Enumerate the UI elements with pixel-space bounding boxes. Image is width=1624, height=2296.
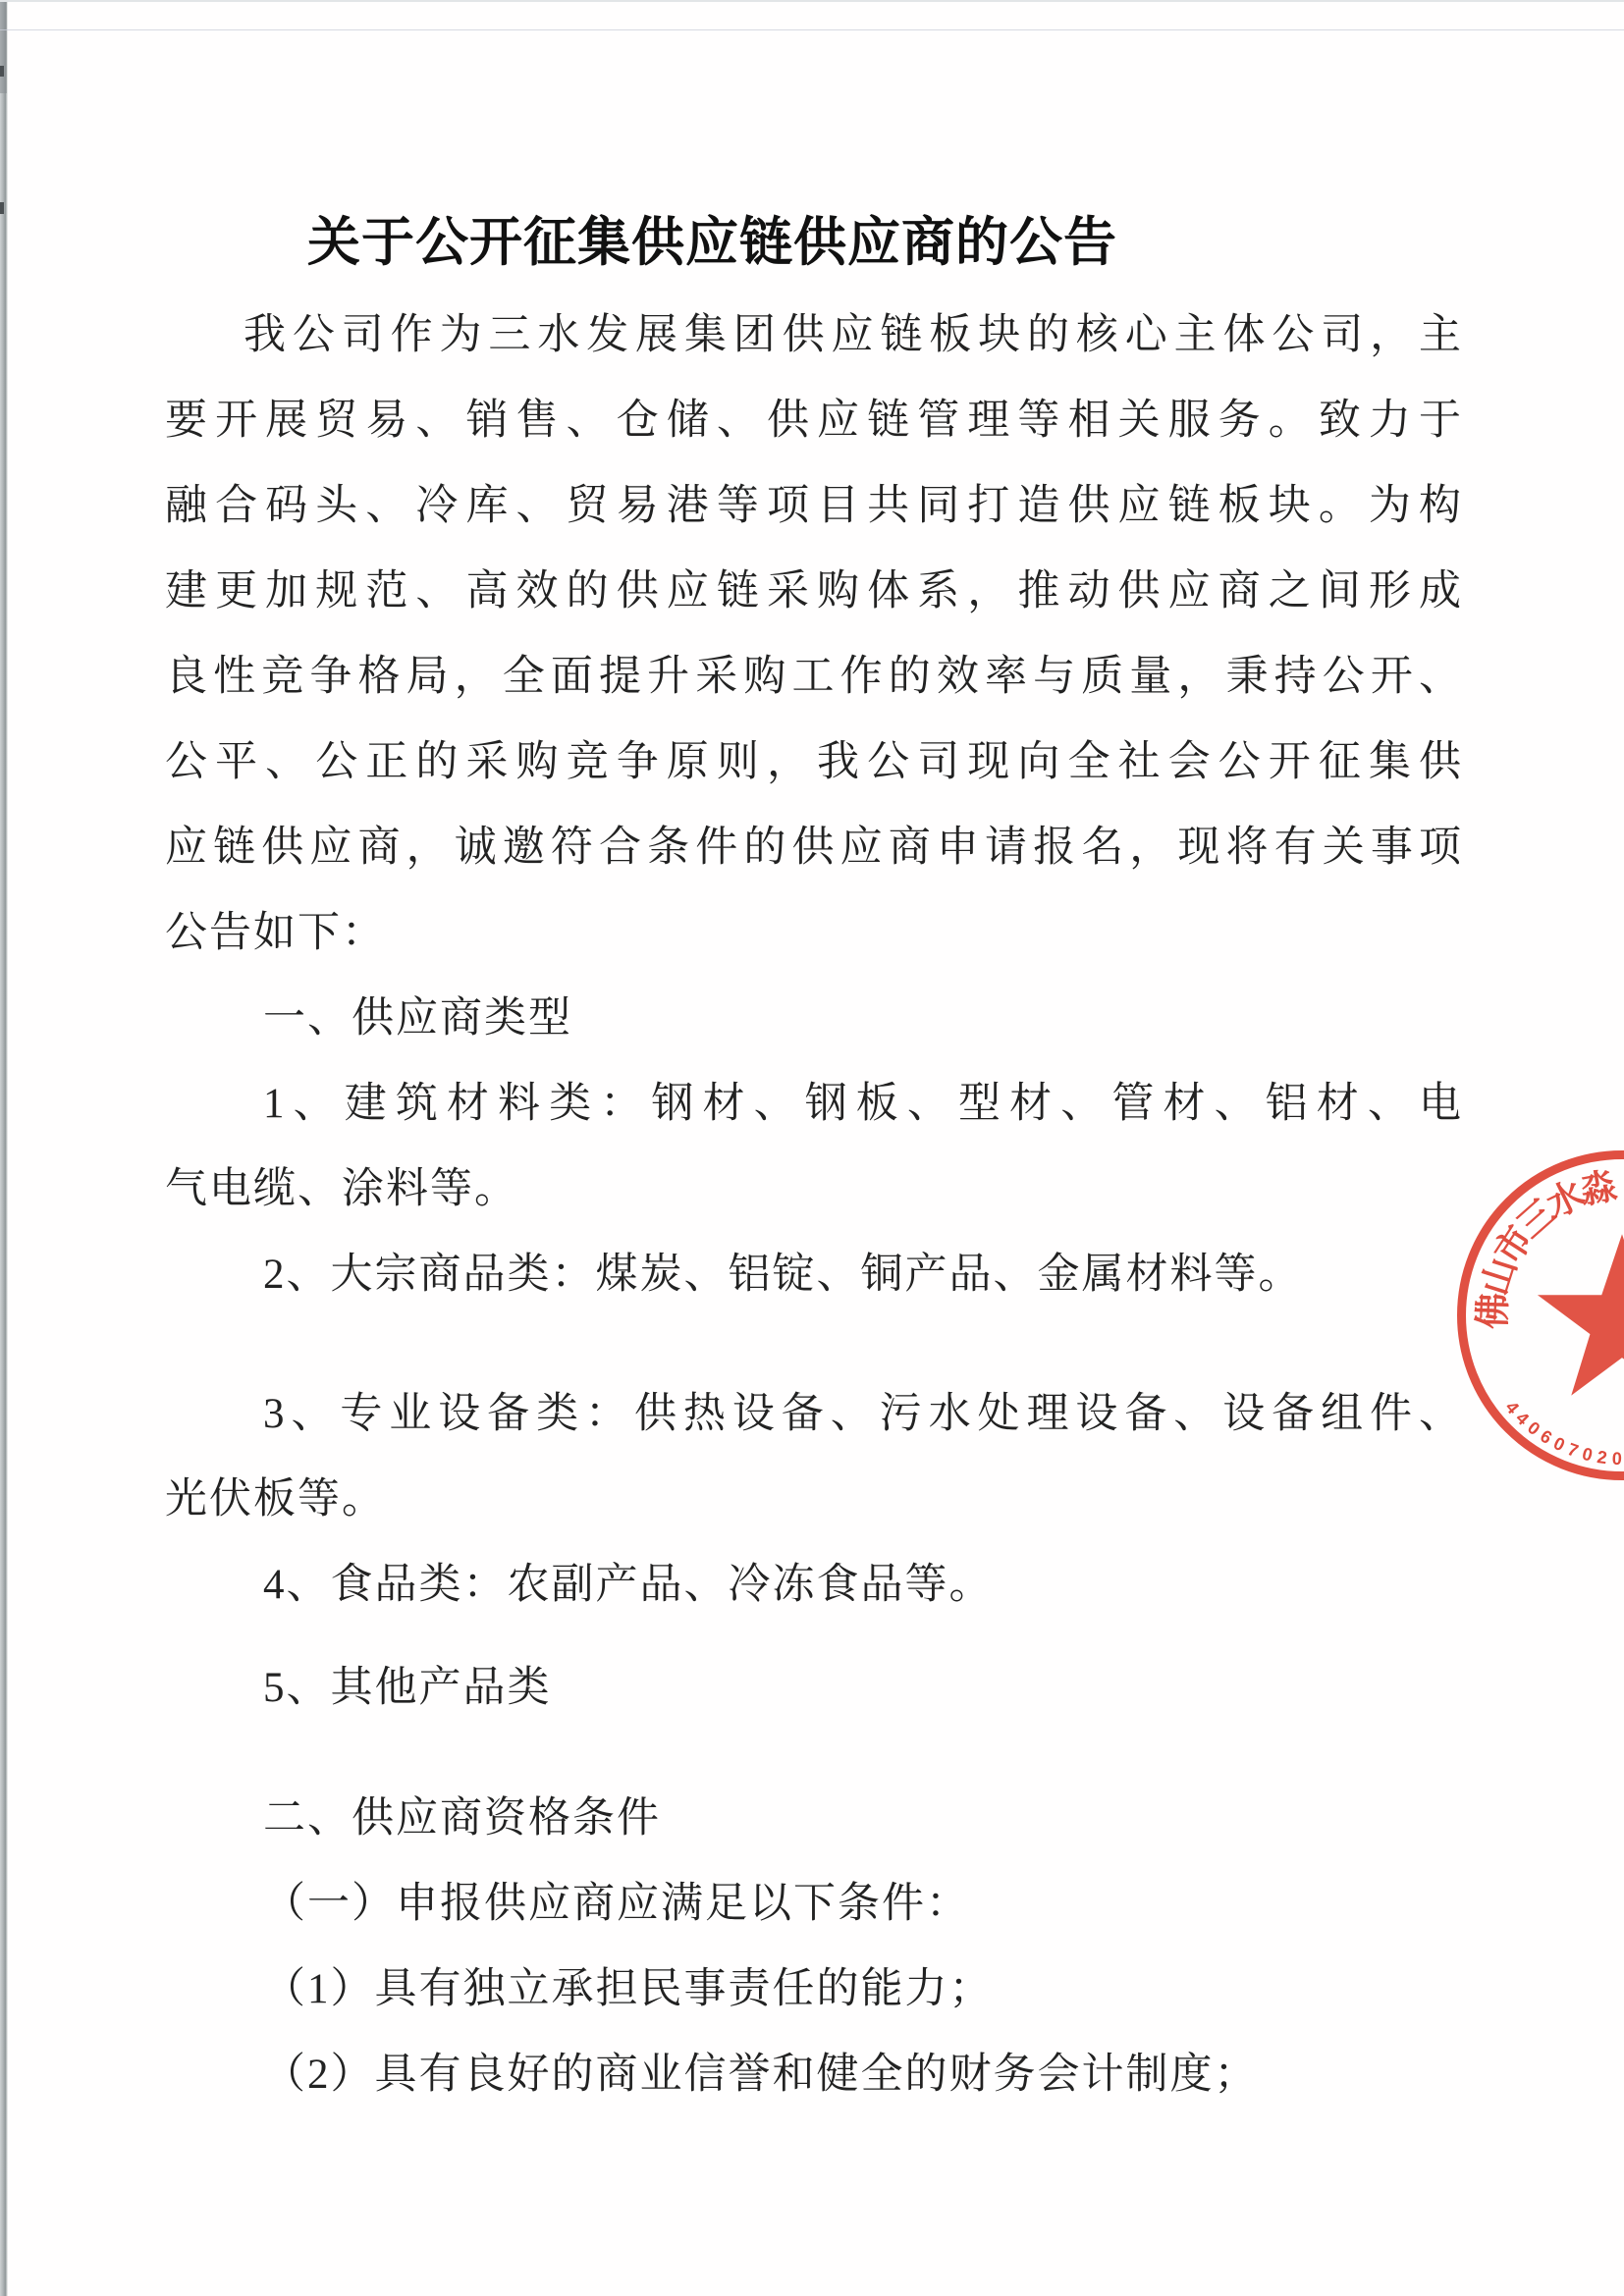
- scan-edge-artifact: [0, 0, 1624, 2]
- text-line: （1）具有独立承担民事责任的能力；: [165, 1947, 1463, 2032]
- text-line: 2、大宗商品类：煤炭、铝锭、铜产品、金属材料等。: [165, 1232, 1463, 1317]
- text-line: 4、食品类：农副产品、冷冻食品等。: [165, 1542, 1463, 1628]
- text-line: 二、供应商资格条件: [165, 1776, 1463, 1861]
- star-icon: [1536, 1229, 1624, 1402]
- scanned-document-page: 关于公开征集供应链供应商的公告 我公司作为三水发展集团供应链板块的核心主体公司，…: [0, 0, 1624, 2296]
- text-line: 建更加规范、高效的供应链采购体系，推动供应商之间形成: [165, 549, 1463, 634]
- scan-edge-artifact: [0, 0, 7, 93]
- text-line: 融合码头、冷库、贸易港等项目共同打造供应链板块。为构: [165, 463, 1463, 549]
- text-line: 良性竞争格局，全面提升采购工作的效率与质量，秉持公开、: [165, 634, 1463, 720]
- text-line: 3、专业设备类：供热设备、污水处理设备、设备组件、: [165, 1371, 1463, 1457]
- text-line: 公平、公正的采购竞争原则，我公司现向全社会公开征集供: [165, 720, 1463, 805]
- text-line: 一、供应商类型: [165, 976, 1463, 1061]
- text-line: 气电缆、涂料等。: [165, 1147, 1463, 1232]
- scan-edge-artifact: [0, 0, 8, 2296]
- stamp-arc-character: 淼: [1574, 1165, 1624, 1215]
- document-body: 我公司作为三水发展集团供应链板块的核心主体公司，主要开展贸易、销售、仓储、供应链…: [165, 293, 1463, 2117]
- document-title: 关于公开征集供应链供应商的公告: [307, 211, 1463, 293]
- stamp-serial-digit: 0: [1607, 1449, 1624, 1469]
- official-seal-stamp: 佛山市三水淼 440607020: [1457, 1150, 1624, 1480]
- text-line: 光伏板等。: [165, 1457, 1463, 1542]
- text-line: 我公司作为三水发展集团供应链板块的核心主体公司，主: [165, 293, 1463, 378]
- text-line: 公告如下：: [165, 890, 1463, 976]
- text-line: 5、其他产品类: [165, 1645, 1463, 1731]
- text-line: 应链供应商，诚邀符合条件的供应商申请报名，现将有关事项: [165, 805, 1463, 890]
- text-line: （2）具有良好的商业信誉和健全的财务会计制度；: [165, 2032, 1463, 2117]
- scan-hairline-artifact: [0, 29, 1624, 30]
- scan-speck: [0, 202, 4, 214]
- text-line: （一）申报供应商应满足以下条件：: [165, 1861, 1463, 1947]
- text-line: 要开展贸易、销售、仓储、供应链管理等相关服务。致力于: [165, 378, 1463, 463]
- text-line: 1、建筑材料类：钢材、钢板、型材、管材、铝材、电: [165, 1061, 1463, 1147]
- document-content: 关于公开征集供应链供应商的公告 我公司作为三水发展集团供应链板块的核心主体公司，…: [165, 187, 1463, 2117]
- scan-speck: [0, 66, 4, 77]
